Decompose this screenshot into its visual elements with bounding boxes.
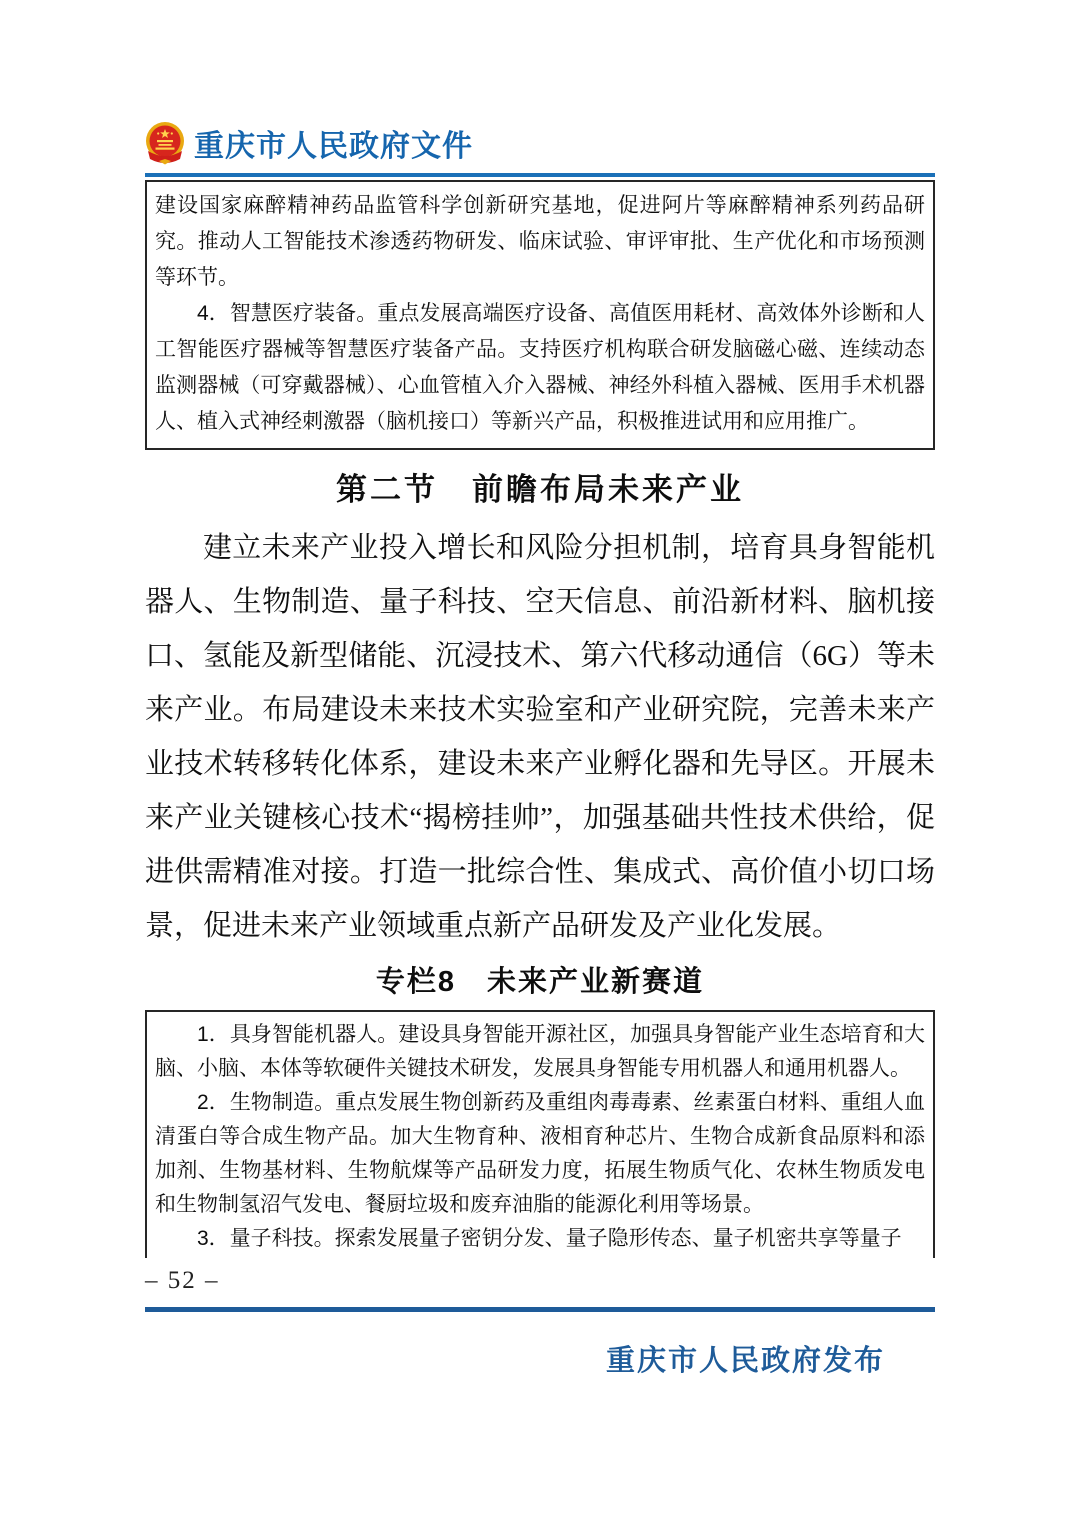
publisher-line: 重庆市人民政府发布: [145, 1338, 935, 1379]
column-8-title: 专栏8 未来产业新赛道: [145, 959, 935, 1000]
box1-paragraph-continuation: 建设国家麻醉精神药品监管科学创新研究基地，促进阿片等麻醉精神系列药品研究。推动人…: [155, 188, 925, 296]
footer-divider: [145, 1307, 935, 1312]
body-paragraph: 建立未来产业投入增长和风险分担机制，培育具身智能机器人、生物制造、量子科技、空天…: [145, 521, 935, 953]
box1-paragraph-item-4: 4．智慧医疗装备。重点发展高端医疗设备、高值医用耗材、高效体外诊断和人工智能医疗…: [155, 296, 925, 440]
box2-item-1-embodied-ai-robots: 1．具身智能机器人。建设具身智能开源社区，加强具身智能产业生态培育和大脑、小脑、…: [155, 1018, 925, 1086]
header-divider: [145, 173, 935, 177]
china-national-emblem-icon: [145, 121, 185, 165]
page-number: – 52 –: [145, 1267, 935, 1295]
document-page: 重庆市人民政府文件 建设国家麻醉精神药品监管科学创新研究基地，促进阿片等麻醉精神…: [0, 0, 1074, 1520]
box2-item-3-quantum-tech: 3．量子科技。探索发展量子密钥分发、量子隐形传态、量子机密共享等量子: [155, 1222, 925, 1256]
section-title: 第二节 前瞻布局未来产业: [145, 464, 935, 509]
document-header: 重庆市人民政府文件: [145, 118, 935, 168]
policy-box-smart-medical: 建设国家麻醉精神药品监管科学创新研究基地，促进阿片等麻醉精神系列药品研究。推动人…: [145, 180, 935, 450]
column-box-future-industries: 1．具身智能机器人。建设具身智能开源社区，加强具身智能产业生态培育和大脑、小脑、…: [145, 1010, 935, 1258]
box2-item-2-bio-manufacturing: 2．生物制造。重点发展生物创新药及重组肉毒毒素、丝素蛋白材料、重组人血清蛋白等合…: [155, 1086, 925, 1222]
document-title: 重庆市人民政府文件: [194, 121, 473, 165]
